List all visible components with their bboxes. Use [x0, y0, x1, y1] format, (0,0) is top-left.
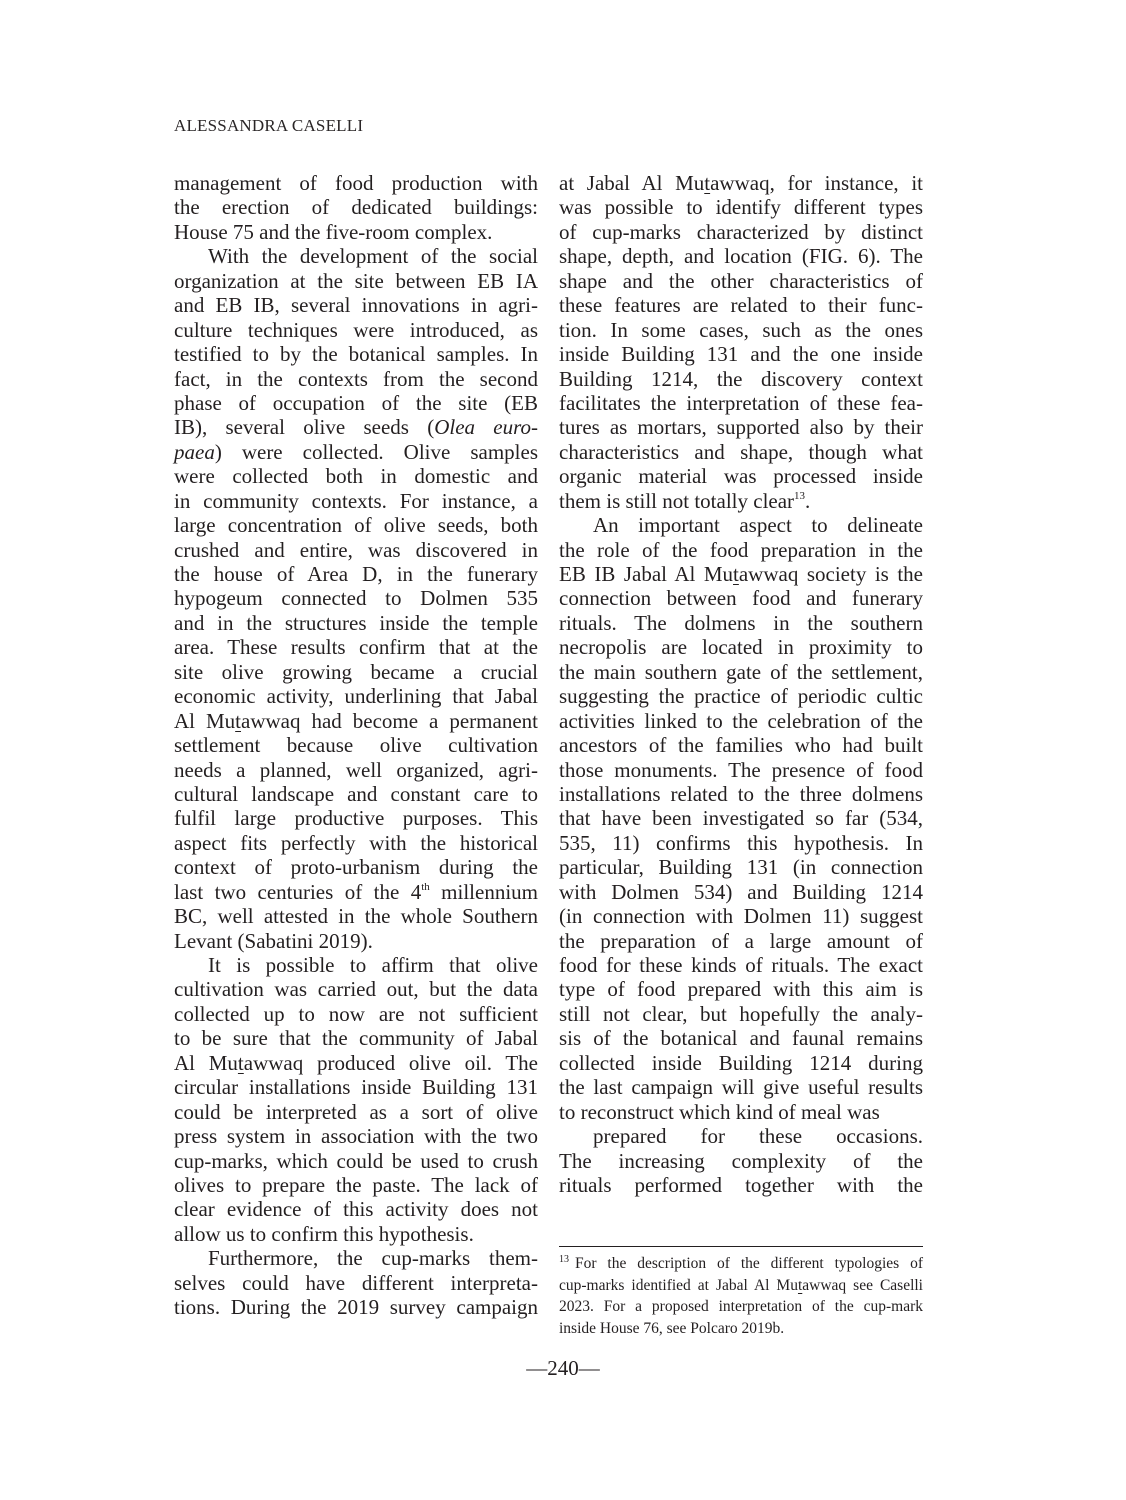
text-line: hypogeum connected to Dolmen 535 [174, 586, 538, 610]
italic-species-name: Olea euro- [434, 415, 538, 439]
text-fragment: IB), several olive seeds ( [174, 415, 434, 439]
text-line: and EB IB, several innovations in agri- [174, 293, 538, 317]
text-line: to be sure that the community of Jabal [174, 1026, 538, 1050]
text-line: 535, 11) confirms this hypothesis. In [559, 831, 923, 855]
text-fragment: awwaq produced olive oil. The [244, 1051, 538, 1075]
text-line: could be interpreted as a sort of olive [174, 1100, 538, 1124]
text-line: last two centuries of the 4th millennium [174, 880, 538, 904]
paragraph-start-line: With the development of the social [174, 244, 538, 268]
text-line: ancestors of the families who had built [559, 733, 923, 757]
text-line: the main southern gate of the settlement… [559, 660, 923, 684]
text-line: area. These results confirm that at the [174, 635, 538, 659]
text-line: with Dolmen 534) and Building 1214 [559, 880, 923, 904]
text-line: collected inside Building 1214 during [559, 1051, 923, 1075]
text-fragment: . [805, 489, 810, 513]
text-line: were collected both in domestic and [174, 464, 538, 488]
text-line: settlement because olive cultivation [174, 733, 538, 757]
text-line: Levant (Sabatini 2019). [174, 929, 538, 953]
text-line: tions. During the 2019 survey campaign [174, 1295, 538, 1319]
text-line: to reconstruct which kind of meal was [559, 1100, 923, 1124]
text-fragment: Al Mu [174, 1051, 238, 1075]
text-line: cultivation was carried out, but the dat… [174, 977, 538, 1001]
footnote-line: inside House 76, see Polcaro 2019b. [559, 1318, 923, 1340]
text-line: the house of Area D, in the funerary [174, 562, 538, 586]
text-line: still not clear, but hopefully the analy… [559, 1002, 923, 1026]
text-line: site olive growing became a crucial [174, 660, 538, 684]
text-fragment: awwaq society is the [739, 562, 923, 586]
paragraph-start-line: Furthermore, the cup-marks them- [174, 1246, 538, 1270]
text-line: particular, Building 131 (in connection [559, 855, 923, 879]
text-line: organization at the site between EB IA [174, 269, 538, 293]
text-fragment: them is still not totally clear [559, 489, 794, 513]
footnote-line: cup-marks identified at Jabal Al Mutawwa… [559, 1275, 923, 1297]
running-head-author: ALESSANDRA CASELLI [174, 116, 363, 136]
left-text-column: management of food production with the e… [174, 171, 538, 1320]
footnote-marker: 13 [559, 1254, 569, 1265]
text-fragment: awwaq see Caselli [802, 1277, 923, 1294]
text-line: circular installations inside Building 1… [174, 1075, 538, 1099]
text-line: sis of the botanical and faunal remains [559, 1026, 923, 1050]
text-line: IB), several olive seeds (Olea euro- [174, 415, 538, 439]
text-line: type of food prepared with this aim is [559, 977, 923, 1001]
text-line: large concentration of olive seeds, both [174, 513, 538, 537]
text-line: BC, well attested in the whole Southern [174, 904, 538, 928]
text-line: paea) were collected. Olive samples [174, 440, 538, 464]
text-line: context of proto-urbanism during the [174, 855, 538, 879]
text-line: tures as mortars, supported also by thei… [559, 415, 923, 439]
text-line: the preparation of a large amount of [559, 929, 923, 953]
text-fragment: awwaq had become a permanent [241, 709, 538, 733]
text-line: characteristics and shape, though what [559, 440, 923, 464]
footnote-reference[interactable]: 13 [794, 490, 805, 502]
text-line: management of food production with [174, 171, 538, 195]
footnote-line: 2023. For a proposed interpretation of t… [559, 1296, 923, 1318]
text-line: EB IB Jabal Al Mutawwaq society is the [559, 562, 923, 586]
right-text-column: at Jabal Al Mutawwaq, for instance, it w… [559, 171, 923, 1197]
text-line: connection between food and funerary [559, 586, 923, 610]
page-number: —240— [0, 1356, 1126, 1380]
text-line: (in connection with Dolmen 11) suggest [559, 904, 923, 928]
text-line: press system in association with the two [174, 1124, 538, 1148]
text-line: collected up to now are not sufficient [174, 1002, 538, 1026]
text-line: economic activity, underlining that Jaba… [174, 684, 538, 708]
text-line: these features are related to their func… [559, 293, 923, 317]
text-line: necropolis are located in proximity to [559, 635, 923, 659]
footnote-line: 13For the description of the different t… [559, 1253, 923, 1275]
text-line: shape, depth, and location (FIG. 6). The [559, 244, 923, 268]
text-line: organic material was processed inside [559, 464, 923, 488]
text-fragment: For the description of the different typ… [575, 1255, 923, 1272]
text-line: fact, in the contexts from the second [174, 367, 538, 391]
text-line: rituals. The dolmens in the southern [559, 611, 923, 635]
footnote-divider [559, 1246, 923, 1247]
text-line: crushed and entire, was discovered in [174, 538, 538, 562]
text-fragment: ) were collected. Olive samples [215, 440, 538, 464]
text-line: aspect fits perfectly with the historica… [174, 831, 538, 855]
text-line: the role of the food preparation in the [559, 538, 923, 562]
text-line: phase of occupation of the site (EB [174, 391, 538, 415]
text-line: and in the structures inside the temple [174, 611, 538, 635]
text-line: rituals performed together with the [559, 1173, 923, 1197]
text-line: Al Mutawwaq had become a permanent [174, 709, 538, 733]
text-line: the erection of dedicated buildings: [174, 195, 538, 219]
text-line: facilitates the interpretation of these … [559, 391, 923, 415]
text-fragment: last two centuries of the 4 [174, 880, 421, 904]
text-line: culture techniques were introduced, as [174, 318, 538, 342]
text-line: shape and the other characteristics of [559, 269, 923, 293]
text-line: at Jabal Al Mutawwaq, for instance, it [559, 171, 923, 195]
text-line: Al Mutawwaq produced olive oil. The [174, 1051, 538, 1075]
text-fragment: at Jabal Al Mu [559, 171, 704, 195]
footnote-13: 13For the description of the different t… [559, 1253, 923, 1339]
text-fragment: millennium [430, 880, 538, 904]
text-line: testified to by the botanical samples. I… [174, 342, 538, 366]
text-line: olives to prepare the paste. The lack of [174, 1173, 538, 1197]
text-line: them is still not totally clear13. [559, 489, 923, 513]
text-fragment: Al Mu [174, 709, 235, 733]
italic-species-name: paea [174, 440, 215, 464]
text-fragment: cup-marks identified at Jabal Al Mu [559, 1277, 798, 1294]
paragraph-start-line: prepared for these occasions. [559, 1124, 923, 1148]
text-line: that have been investigated so far (534, [559, 806, 923, 830]
text-line: those monuments. The presence of food [559, 758, 923, 782]
text-line: activities linked to the celebration of … [559, 709, 923, 733]
text-line: House 75 and the five-room complex. [174, 220, 538, 244]
text-line: in community contexts. For instance, a [174, 489, 538, 513]
text-line: installations related to the three dolme… [559, 782, 923, 806]
text-line: the last campaign will give useful resul… [559, 1075, 923, 1099]
text-line: clear evidence of this activity does not [174, 1197, 538, 1221]
text-line: selves could have different interpreta- [174, 1271, 538, 1295]
text-line: Building 1214, the discovery context [559, 367, 923, 391]
text-line: fulfil large productive purposes. This [174, 806, 538, 830]
text-line: inside Building 131 and the one inside [559, 342, 923, 366]
text-line: allow us to confirm this hypothesis. [174, 1222, 538, 1246]
text-line: cultural landscape and constant care to [174, 782, 538, 806]
text-fragment: EB IB Jabal Al Mu [559, 562, 733, 586]
text-line: was possible to identify different types [559, 195, 923, 219]
text-line: of cup-marks characterized by distinct [559, 220, 923, 244]
text-line: needs a planned, well organized, agri- [174, 758, 538, 782]
paragraph-start-line: It is possible to affirm that olive [174, 953, 538, 977]
text-fragment: awwaq, for instance, it [710, 171, 923, 195]
text-line: The increasing complexity of the [559, 1149, 923, 1173]
ordinal-superscript: th [421, 881, 430, 893]
text-line: tion. In some cases, such as the ones [559, 318, 923, 342]
paragraph-start-line: An important aspect to delineate [559, 513, 923, 537]
text-line: cup-marks, which could be used to crush [174, 1149, 538, 1173]
text-line: suggesting the practice of periodic cult… [559, 684, 923, 708]
text-line: food for these kinds of rituals. The exa… [559, 953, 923, 977]
